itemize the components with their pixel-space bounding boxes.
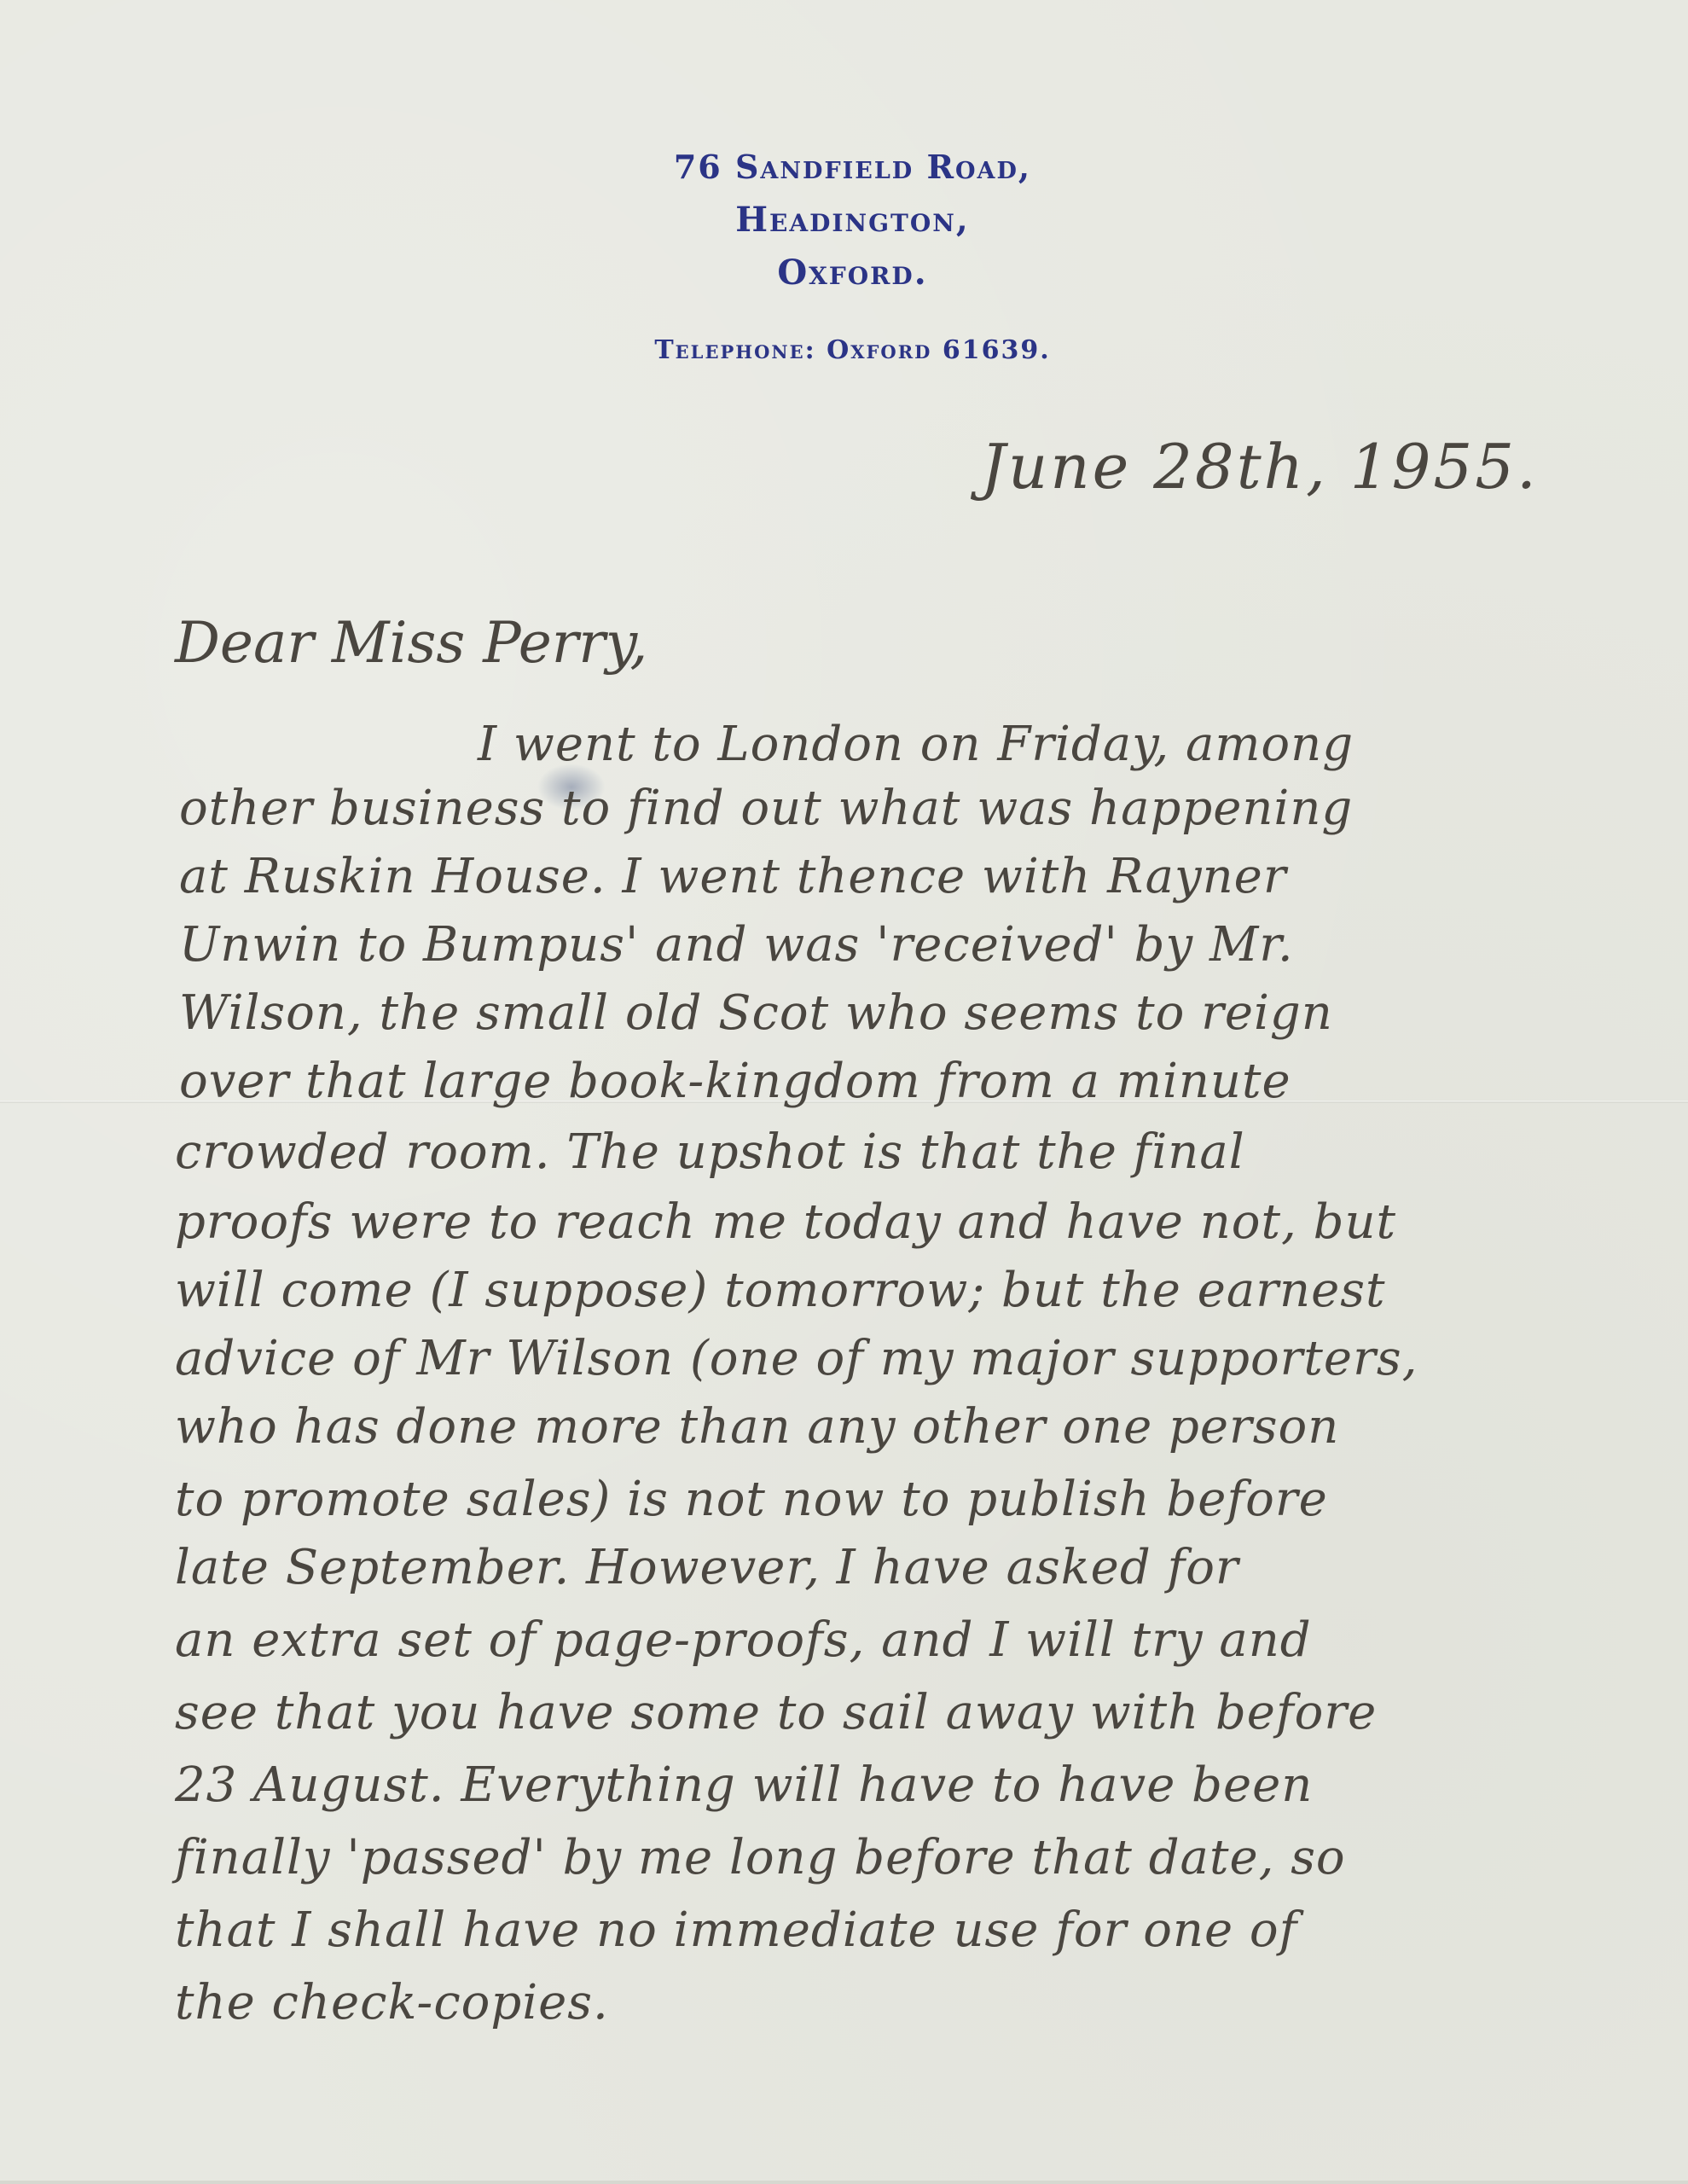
letterhead: 76 Sandfield Road, Headington, Oxford. T… [0, 141, 1688, 365]
body-line-2: other business to find out what was happ… [179, 781, 1353, 836]
body-line-13: late September. However, I have asked fo… [175, 1540, 1239, 1595]
body-line-6: over that large book-kingdom from a minu… [179, 1054, 1291, 1109]
letter-sheet: 76 Sandfield Road, Headington, Oxford. T… [0, 0, 1688, 2184]
body-line-3: at Ruskin House. I went thence with Rayn… [179, 849, 1287, 904]
body-line-18: that I shall have no immediate use for o… [175, 1902, 1297, 1958]
body-line-9: will come (I suppose) tomorrow; but the … [175, 1263, 1385, 1318]
body-line-15: see that you have some to sail away with… [175, 1685, 1377, 1740]
body-line-1: I went to London on Friday, among [478, 717, 1354, 772]
letterhead-street: 76 Sandfield Road, [17, 141, 1688, 194]
body-line-10: advice of Mr Wilson (one of my major sup… [175, 1331, 1418, 1386]
body-line-17: finally 'passed' by me long before that … [175, 1830, 1346, 1885]
body-line-5: Wilson, the small old Scot who seems to … [179, 985, 1333, 1041]
body-line-14: an extra set of page-proofs, and I will … [175, 1612, 1312, 1668]
body-line-19: the check-copies. [175, 1975, 609, 2030]
letterhead-telephone: Telephone: Oxford 61639. [17, 335, 1688, 365]
letter-date: June 28th, 1955. [981, 431, 1539, 502]
body-line-7: crowded room. The upshot is that the fin… [175, 1124, 1245, 1180]
body-line-8: proofs were to reach me today and have n… [175, 1194, 1396, 1250]
body-line-4: Unwin to Bumpus' and was 'received' by M… [179, 917, 1294, 973]
letterhead-city: Oxford. [17, 247, 1688, 299]
letterhead-district: Headington, [17, 194, 1688, 247]
body-line-12: to promote sales) is not now to publish … [175, 1472, 1328, 1527]
body-line-16: 23 August. Everything will have to have … [175, 1757, 1313, 1813]
letter-salutation: Dear Miss Perry, [175, 610, 647, 676]
paper-bottom-edge [0, 2181, 1688, 2184]
body-line-11: who has done more than any other one per… [175, 1399, 1339, 1455]
